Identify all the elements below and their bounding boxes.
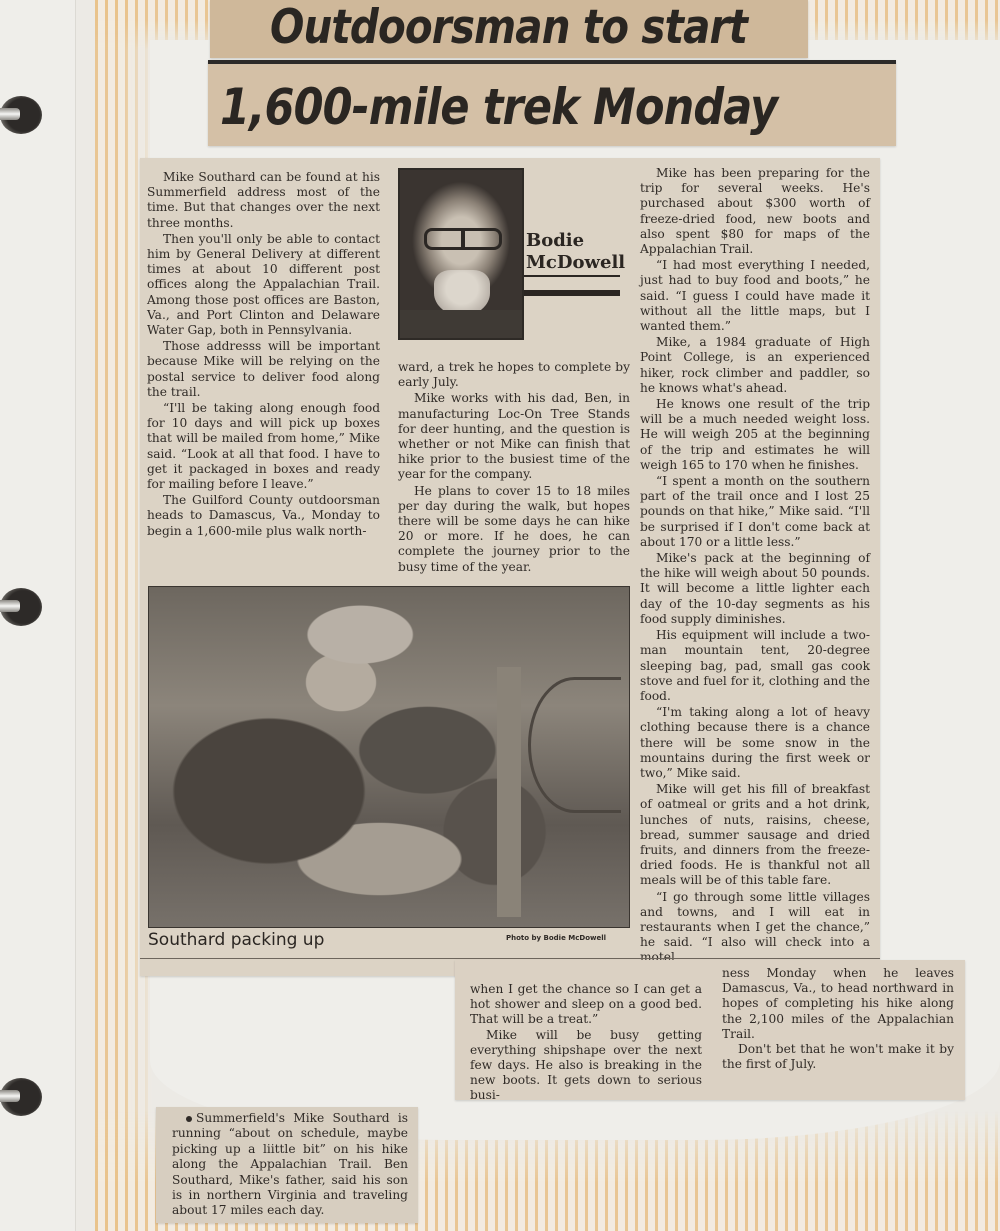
author-byline: Bodie McDowell <box>526 230 622 274</box>
paragraph: Then you'll only be able to contact him … <box>147 232 380 338</box>
update-note-text: Summerfield's Mike Southard is running “… <box>172 1111 408 1219</box>
byline-rule-thin <box>524 275 620 277</box>
update-note-body: Summerfield's Mike Southard is running “… <box>172 1111 408 1217</box>
news-photo-southard-packing <box>148 586 630 928</box>
paragraph: Mike, a 1984 graduate of High Point Coll… <box>640 335 870 396</box>
paragraph: ward, a trek he hopes to complete by ear… <box>398 360 630 390</box>
paragraph: “I spent a month on the southern part of… <box>640 474 870 550</box>
continuation-column-2: ness Monday when he leaves Damascus, Va.… <box>722 966 954 1072</box>
byline-first-name: Bodie <box>526 230 622 252</box>
photo-credit: Photo by Bodie McDowell <box>506 934 606 942</box>
article-column-1: Mike Southard can be found at his Summer… <box>147 170 380 540</box>
shoulders-shape <box>400 310 522 340</box>
byline-rule-thick <box>524 290 620 296</box>
headline-clipping-2: 1,600-mile trek Monday <box>208 60 896 146</box>
paragraph: He knows one result of the trip will be … <box>640 397 870 473</box>
photo-caption: Southard packing up <box>148 930 324 950</box>
article-column-3: Mike has been preparing for the trip for… <box>640 166 870 967</box>
paragraph: He plans to cover 15 to 18 miles per day… <box>398 484 630 575</box>
paragraph: Those addresss will be important because… <box>147 339 380 400</box>
paragraph: “I go through some little villages and t… <box>640 890 870 966</box>
headline-clipping-1: Outdoorsman to start <box>210 0 808 58</box>
byline-last-name: McDowell <box>526 252 622 274</box>
article-continuation-clipping: when I get the chance so I can get a hot… <box>455 960 965 1100</box>
wagon-wheel-shape <box>528 677 621 813</box>
paragraph: when I get the chance so I can get a hot… <box>470 982 702 1028</box>
paragraph: ness Monday when he leaves Damascus, Va.… <box>722 966 954 1042</box>
paragraph: Mike works with his dad, Ben, in manufac… <box>398 391 630 482</box>
paragraph: “I'm taking along a lot of heavy clothin… <box>640 705 870 781</box>
glasses-shape <box>424 228 502 250</box>
bullet-icon <box>186 1116 192 1122</box>
article-body-clipping: Mike Southard can be found at his Summer… <box>140 158 880 976</box>
paragraph: Mike will get his fill of breakfast of o… <box>640 782 870 888</box>
binder-ring-hole-bottom <box>0 1078 42 1116</box>
paragraph: Mike will be busy getting everything shi… <box>470 1028 702 1104</box>
caption-rule <box>140 958 880 959</box>
update-note-clipping: Summerfield's Mike Southard is running “… <box>156 1107 418 1223</box>
paragraph: The Guilford County outdoorsman heads to… <box>147 493 380 539</box>
scrapbook-page: Outdoorsman to start 1,600-mile trek Mon… <box>0 0 1000 1231</box>
author-headshot-photo <box>398 168 524 340</box>
binder-ring-hole-middle <box>0 588 42 626</box>
paragraph: “I'll be taking along enough food for 10… <box>147 401 380 492</box>
binder-ring-hole-top <box>0 96 42 134</box>
paragraph: His equipment will include a two-man mou… <box>640 628 870 704</box>
paragraph: Don't bet that he won't make it by the f… <box>722 1042 954 1072</box>
paragraph: Mike has been preparing for the trip for… <box>640 166 870 257</box>
gate-post-shape <box>497 667 521 917</box>
paragraph: “I had most everything I needed, just ha… <box>640 258 870 334</box>
continuation-column-1: when I get the chance so I can get a hot… <box>470 982 702 1104</box>
article-column-2: ward, a trek he hopes to complete by ear… <box>398 360 630 576</box>
headline-line-2: 1,600-mile trek Monday <box>220 78 777 136</box>
headline-line-1: Outdoorsman to start <box>270 0 747 55</box>
paragraph: Mike's pack at the beginning of the hike… <box>640 551 870 627</box>
paragraph: Mike Southard can be found at his Summer… <box>147 170 380 231</box>
